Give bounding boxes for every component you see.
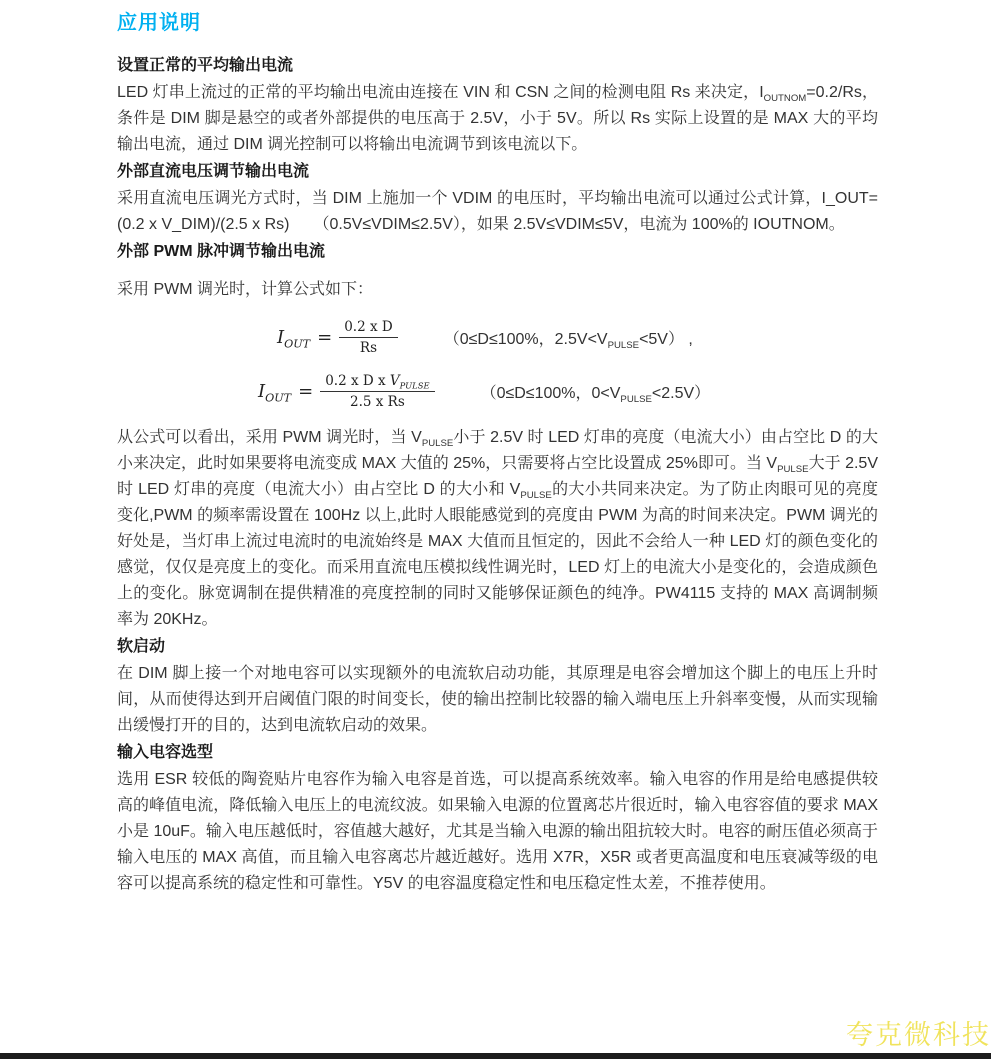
formula-intro: 采用 PWM 调光时，计算公式如下： bbox=[117, 277, 878, 303]
section-heading: 外部 PWM 脉冲调节输出电流 bbox=[117, 238, 878, 261]
section-heading: 外部直流电压调节输出电流 bbox=[117, 158, 878, 181]
section-heading: 输入电容选型 bbox=[117, 739, 878, 762]
numerator: 0.2 x D bbox=[339, 319, 398, 338]
equals-sign: = bbox=[317, 327, 332, 348]
formula-variable: IOUT bbox=[277, 327, 310, 348]
section-input-capacitor-selection: 输入电容选型 选用 ESR 较低的陶瓷贴片电容作为输入电容是首选，可以提高系统效… bbox=[117, 739, 878, 897]
numerator: 0.2 x D x VPULSE bbox=[320, 373, 434, 392]
bottom-edge-bar bbox=[0, 1053, 991, 1059]
section-soft-start: 软启动 在 DIM 脚上接一个对地电容可以实现额外的电流软启动功能，其原理是电容… bbox=[117, 633, 878, 739]
denominator: 2.5 x Rs bbox=[350, 392, 405, 410]
formula-condition: （0≤D≤100%，0<VPULSE<2.5V） bbox=[481, 380, 711, 403]
formula-variable: IOUT bbox=[258, 381, 291, 402]
section-dc-voltage-dimming: 外部直流电压调节输出电流 采用直流电压调光方式时，当 DIM 上施加一个 VDI… bbox=[117, 158, 878, 238]
equals-sign: = bbox=[298, 381, 313, 402]
paragraph: 采用直流电压调光方式时，当 DIM 上施加一个 VDIM 的电压时，平均输出电流… bbox=[117, 186, 878, 238]
page-title: 应用说明 bbox=[117, 6, 878, 35]
formula-condition: （0≤D≤100%，2.5V<VPULSE<5V） , bbox=[444, 326, 693, 349]
watermark: 夸克微科技 bbox=[846, 1013, 991, 1052]
formula-1: IOUT = 0.2 x D Rs （0≤D≤100%，2.5V<VPULSE<… bbox=[277, 317, 878, 357]
section-heading: 设置正常的平均输出电流 bbox=[117, 52, 878, 75]
section-pwm-dimming: 外部 PWM 脉冲调节输出电流 采用 PWM 调光时，计算公式如下： IOUT … bbox=[117, 238, 878, 633]
document-content: 应用说明 设置正常的平均输出电流 LED 灯串上流过的正常的平均输出电流由连接在… bbox=[117, 6, 878, 897]
paragraph: 在 DIM 脚上接一个对地电容可以实现额外的电流软启动功能，其原理是电容会增加这… bbox=[117, 661, 878, 739]
paragraph: 从公式可以看出，采用 PWM 调光时，当 VPULSE小于 2.5V 时 LED… bbox=[117, 425, 878, 633]
fraction: 0.2 x D Rs bbox=[339, 319, 398, 356]
paragraph: 选用 ESR 较低的陶瓷贴片电容作为输入电容是首选，可以提高系统效率。输入电容的… bbox=[117, 767, 878, 897]
fraction: 0.2 x D x VPULSE 2.5 x Rs bbox=[320, 373, 434, 410]
document-page: { "doc": { "title": "应用说明", "accent_colo… bbox=[0, 0, 991, 1059]
section-heading: 软启动 bbox=[117, 633, 878, 656]
section-set-average-output-current: 设置正常的平均输出电流 LED 灯串上流过的正常的平均输出电流由连接在 VIN … bbox=[117, 52, 878, 158]
paragraph: LED 灯串上流过的正常的平均输出电流由连接在 VIN 和 CSN 之间的检测电… bbox=[117, 80, 878, 158]
denominator: Rs bbox=[360, 338, 377, 356]
formula-2: IOUT = 0.2 x D x VPULSE 2.5 x Rs （0≤D≤10… bbox=[258, 371, 878, 411]
